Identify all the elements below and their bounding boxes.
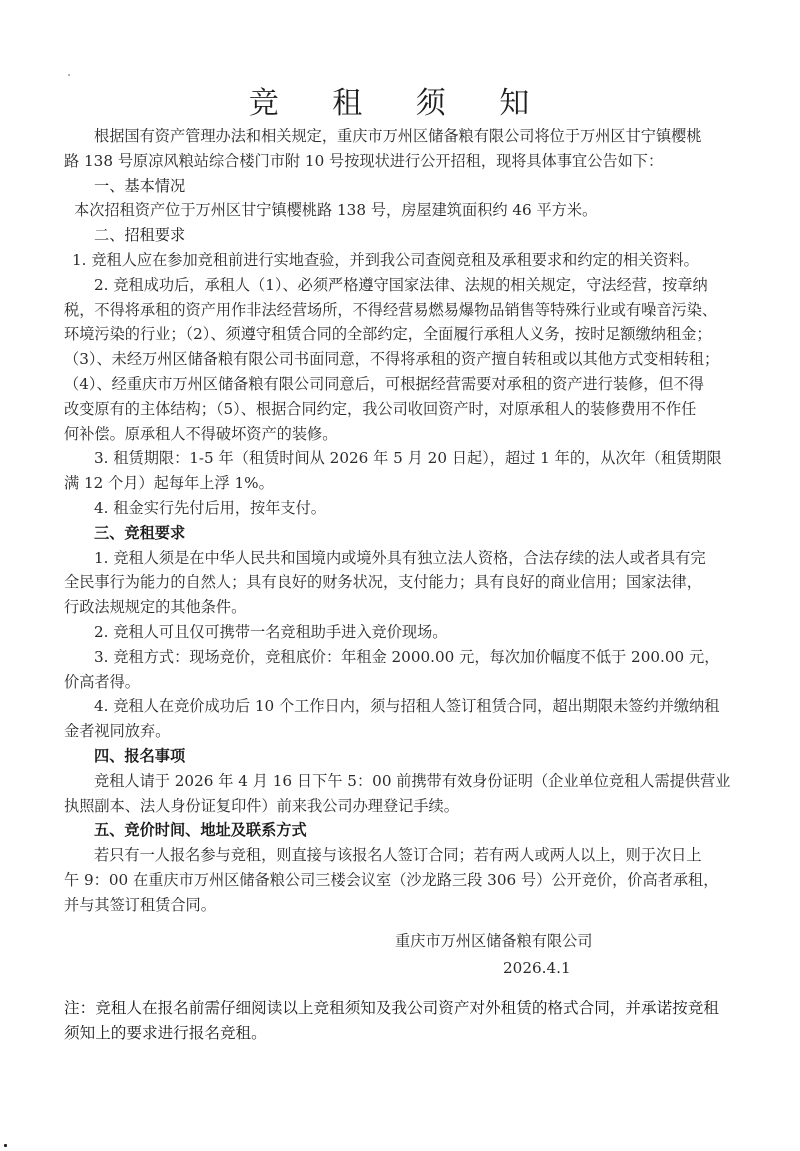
section-line: 本次招租资产位于万州区甘宁镇樱桃路 138 号，房屋建筑面积约 46 平方米。	[64, 198, 736, 223]
section-line: 若只有一人报名参与竞租，则直接与该报名人签订合同；若有两人或两人以上，则于次日上	[64, 843, 736, 868]
section-line: 4. 租金实行先付后用，按年支付。	[64, 496, 736, 521]
signature-company: 重庆市万州区储备粮有限公司	[395, 930, 592, 951]
section-line: 全民事行为能力的自然人；具有良好的财务状况，支付能力；具有良好的商业信用；国家法…	[64, 570, 736, 595]
section-line: 2. 竞租成功后，承租人（1）、必须严格遵守国家法律、法规的相关规定，守法经营，…	[64, 273, 736, 298]
intro-line: 根据国有资产管理办法和相关规定，重庆市万州区储备粮有限公司将位于万州区甘宁镇樱桃	[64, 124, 736, 149]
section-heading: 五、竞价时间、地址及联系方式	[64, 818, 736, 843]
section-line: 1. 竞租人应在参加竞租前进行实地查验，并到我公司查阅竞租及承租要求和约定的相关…	[64, 248, 736, 273]
section-line: 3. 竞租方式：现场竞价，竞租底价：年租金 2000.00 元，每次加价幅度不低…	[64, 645, 736, 670]
signature-date: 2026.4.1	[503, 959, 571, 977]
section-line: 满 12 个月）起每年上浮 1%。	[64, 471, 736, 496]
section-line: 3. 租赁期限：1-5 年（租赁时间从 2026 年 5 月 20 日起），超过…	[64, 446, 736, 471]
note-line: 注：竞租人在报名前需仔细阅读以上竞租须知及我公司资产对外租赁的格式合同，并承诺按…	[64, 996, 764, 1021]
section-heading: 三、竞租要求	[64, 521, 736, 546]
section-line: 税，不得将承租的资产用作非法经营场所，不得经营易燃易爆物品销售等特殊行业或有噪音…	[64, 298, 736, 323]
section-heading: 四、报名事项	[64, 744, 736, 769]
section-line: 4. 竞租人在竞价成功后 10 个工作日内，须与招租人签订租赁合同，超出期限未签…	[64, 694, 736, 719]
section-line: 2. 竞租人可且仅可携带一名竞租助手进入竞价现场。	[64, 620, 736, 645]
section-line: 何补偿。原承租人不得破坏资产的装修。	[64, 422, 736, 447]
document-title: 竞 租 须 知	[0, 78, 800, 122]
section-line: （3）、未经万州区储备粮有限公司书面同意，不得将承租的资产擅自转租或以其他方式变…	[64, 347, 736, 372]
section-line: 价高者得。	[64, 670, 736, 695]
section-line: （4）、经重庆市万州区储备粮有限公司同意后，可根据经营需要对承租的资产进行装修，…	[64, 372, 736, 397]
section-line: 金者视同放弃。	[64, 719, 736, 744]
intro-line: 路 138 号原凉风粮站综合楼门市附 10 号按现状进行公开招租，现将具体事宜公…	[64, 149, 736, 174]
note-block: 注：竞租人在报名前需仔细阅读以上竞租须知及我公司资产对外租赁的格式合同，并承诺按…	[64, 996, 764, 1046]
section-line: 竞租人请于 2026 年 4 月 16 日下午 5：00 前携带有效身份证明（企…	[64, 769, 736, 794]
section-line: 改变原有的主体结构；（5）、根据合同约定，我公司收回资产时，对原承租人的装修费用…	[64, 397, 736, 422]
note-line: 须知上的要求进行报名竞租。	[64, 1021, 764, 1046]
document-body: 根据国有资产管理办法和相关规定，重庆市万州区储备粮有限公司将位于万州区甘宁镇樱桃…	[64, 124, 736, 918]
document-page: 竞 租 须 知 根据国有资产管理办法和相关规定，重庆市万州区储备粮有限公司将位于…	[0, 0, 800, 1151]
scan-speck	[68, 74, 70, 76]
section-line: 并与其签订租赁合同。	[64, 893, 736, 918]
section-line: 环境污染的行业；（2）、须遵守租赁合同的全部约定，全面履行承租人义务，按时足额缴…	[64, 322, 736, 347]
scan-speck	[4, 1144, 7, 1147]
section-heading: 二、招租要求	[64, 223, 736, 248]
section-line: 执照副本、法人身份证复印件）前来我公司办理登记手续。	[64, 794, 736, 819]
section-line: 行政法规规定的其他条件。	[64, 595, 736, 620]
section-line: 1. 竞租人须是在中华人民共和国境内或境外具有独立法人资格，合法存续的法人或者具…	[64, 546, 736, 571]
section-heading: 一、基本情况	[64, 174, 736, 199]
section-line: 午 9：00 在重庆市万州区储备粮公司三楼会议室（沙龙路三段 306 号）公开竞…	[64, 868, 736, 893]
